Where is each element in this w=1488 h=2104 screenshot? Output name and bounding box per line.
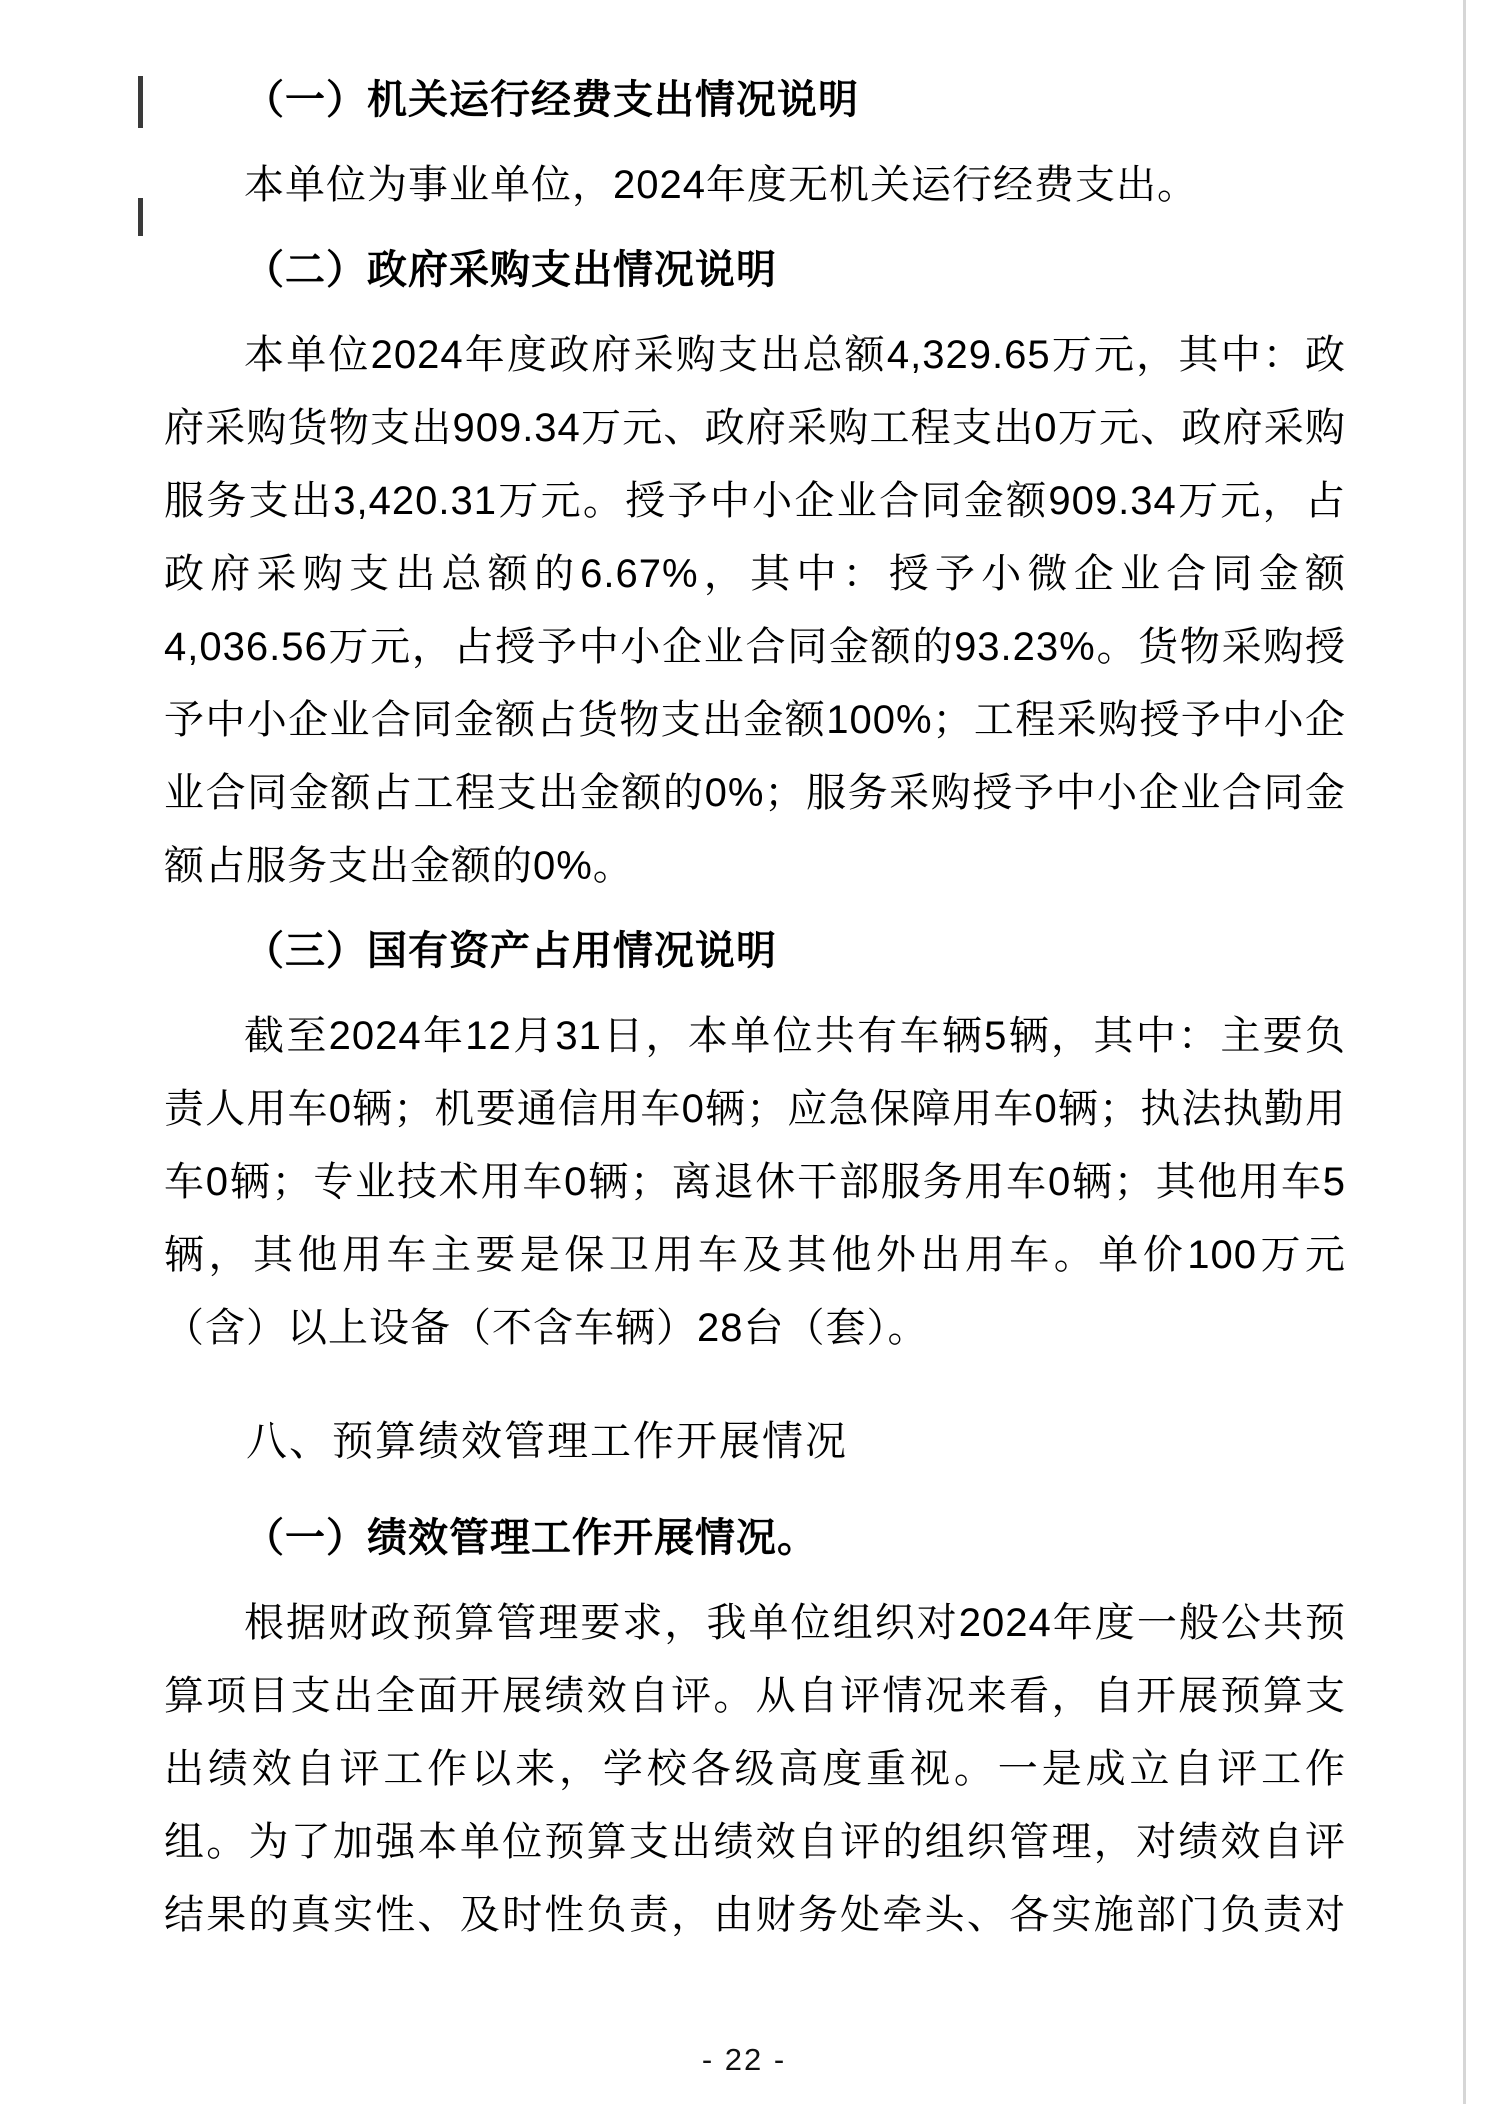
paragraph-state-assets: 截至2024年12月31日，本单位共有车辆5辆，其中：主要负责人用车0辆；机要通… (164, 1000, 1346, 1365)
heading-agency-operating-expense: （一）机关运行经费支出情况说明 (164, 64, 1346, 137)
paragraph-government-procurement: 本单位2024年度政府采购支出总额4,329.65万元，其中：政府采购货物支出9… (164, 319, 1346, 903)
paragraph-performance-work: 根据财政预算管理要求，我单位组织对2024年度一般公共预算项目支出全面开展绩效自… (164, 1587, 1346, 1952)
heading-state-assets: （三）国有资产占用情况说明 (164, 915, 1346, 988)
scan-edge-shadow (1463, 0, 1466, 2104)
document-page: （一）机关运行经费支出情况说明 本单位为事业单位，2024年度无机关运行经费支出… (0, 0, 1488, 2104)
scan-artifact-mark (138, 198, 143, 236)
heading-section-eight-performance-management: 八、预算绩效管理工作开展情况 (164, 1405, 1346, 1478)
heading-performance-work: （一）绩效管理工作开展情况。 (164, 1502, 1346, 1575)
paragraph-agency-operating-expense: 本单位为事业单位，2024年度无机关运行经费支出。 (164, 149, 1346, 222)
scan-artifact-mark (138, 76, 143, 128)
heading-government-procurement: （二）政府采购支出情况说明 (164, 234, 1346, 307)
page-number: - 22 - (0, 2042, 1488, 2078)
